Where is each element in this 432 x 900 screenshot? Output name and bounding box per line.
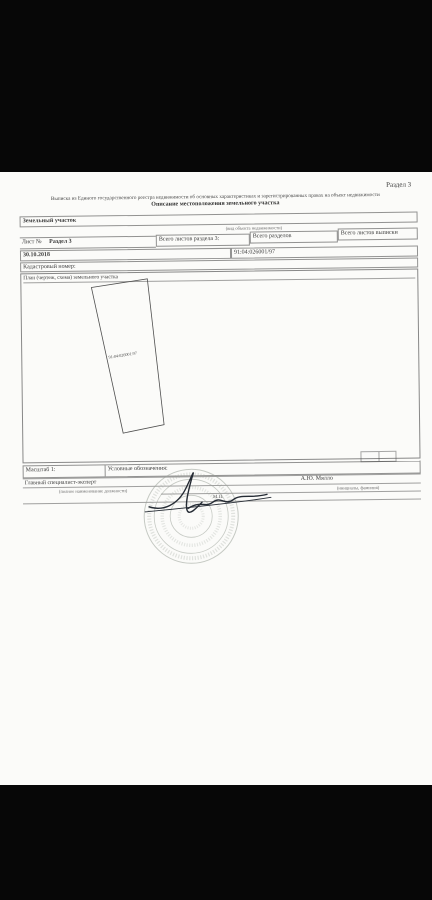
sheet-cell: Лист № Раздел 3 [20, 236, 156, 250]
total-sheets-extract-label: Всего листов выписки [339, 229, 417, 238]
official-name: А.Ю. Мялло [301, 476, 333, 482]
total-sheets-section-label: Всего листов раздела 3: [157, 235, 249, 244]
section-label: Раздел 3 [386, 181, 411, 189]
document-page: Раздел 3 Выписка из Единого государствен… [0, 172, 432, 785]
section-ref: Раздел 3 [49, 239, 72, 245]
number-cell: 91:04:026001/97 [231, 246, 418, 259]
scale-label: Масштаб 1: [24, 465, 105, 474]
total-sections-label: Всего разделов [251, 232, 337, 241]
mini-table-divider [378, 452, 379, 461]
total-sheets-section-cell: Всего листов раздела 3: [156, 234, 250, 247]
sheet-label: Лист № [22, 239, 42, 245]
total-sections-cell: Всего разделов [250, 230, 338, 243]
image-viewer-screen: Раздел 3 Выписка из Единого государствен… [0, 0, 432, 900]
object-type-hint: (вид объекта недвижимости) [226, 225, 282, 231]
scale-cell: Масштаб 1: [23, 464, 106, 478]
plan-box: План (чертеж, схема) земельного участка … [20, 269, 420, 464]
object-type-value: Земельный участок [21, 213, 417, 226]
top-letterbox [0, 0, 432, 172]
total-sheets-extract-cell: Всего листов выписки [338, 228, 418, 241]
scanned-content: Раздел 3 Выписка из Единого государствен… [0, 169, 432, 787]
number-value: 91:04:026001/97 [232, 247, 417, 257]
official-name-hint: (инициалы, фамилия) [337, 485, 379, 491]
date-value: 30.10.2018 [21, 249, 230, 260]
object-type-row: Земельный участок [20, 212, 418, 228]
signature [141, 463, 277, 520]
official-position: Главный специалист-эксперт [25, 479, 97, 486]
bottom-letterbox [0, 785, 432, 900]
parcel-label: 91:04:026001:97 [108, 350, 137, 359]
sheet-cell-text: Лист № Раздел 3 [20, 237, 156, 247]
parcel-drawing: 91:04:026001:97 [21, 270, 421, 465]
official-position-hint: (полное наименование должности) [59, 488, 127, 494]
